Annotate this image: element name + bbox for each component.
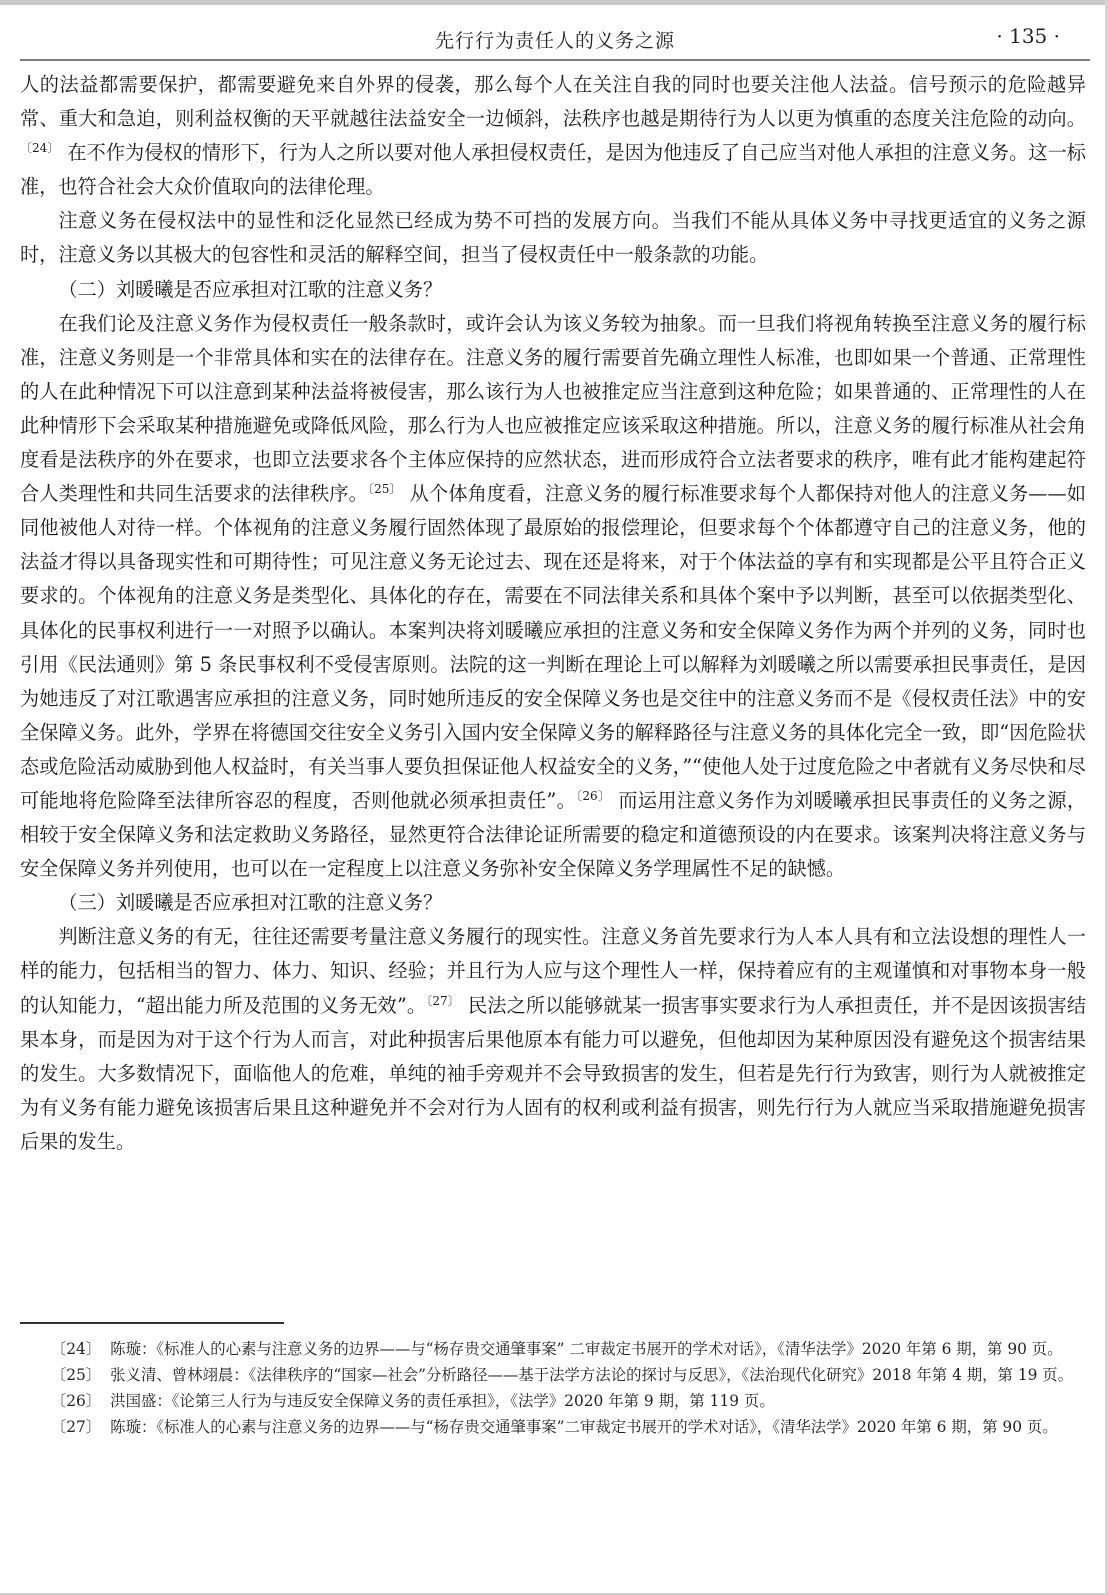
footnote-27: 〔27〕陈璇：《标准人的心素与注意义务的边界——与“杨存贵交通肇事案”二审裁定书… xyxy=(20,1414,1086,1440)
footnote-25: 〔25〕张义清、曾林翊晨：《法律秩序的“国家—社会”分析路径——基于法学方法论的… xyxy=(20,1362,1086,1388)
footnote-ref-24[interactable]: 〔24〕 xyxy=(20,141,59,155)
section-subheading-3: （三）刘暖曦是否应承担对江歌的注意义务？ xyxy=(20,886,1086,920)
paragraph-text: 从个体角度看，注意义务的履行标准要求每个人都保持对他人的注意义务——如同他被他人… xyxy=(20,482,1086,812)
running-header: 先行行为责任人的义务之源 · 135 · xyxy=(20,22,1090,58)
paragraph: 在我们论及注意义务作为侵权责任一般条款时，或许会认为该义务较为抽象。而一旦我们将… xyxy=(20,307,1086,887)
paragraph-text: 在不作为侵权的情形下，行为人之所以要对他人承担侵权责任，是因为他违反了自己应当对… xyxy=(20,141,1086,198)
paragraph-text: 在我们论及注意义务作为侵权责任一般条款时，或许会认为该义务较为抽象。而一旦我们将… xyxy=(20,312,1086,505)
footnote-ref-25[interactable]: 〔25〕 xyxy=(368,482,402,496)
footnotes: 〔24〕陈璇：《标准人的心素与注意义务的边界——与“杨存贵交通肇事案” 二审裁定… xyxy=(20,1336,1086,1440)
footnote-mark: 〔27〕 xyxy=(51,1418,101,1436)
page-number: · 135 · xyxy=(996,24,1060,48)
footnote-mark: 〔25〕 xyxy=(51,1366,101,1384)
main-body-text: 人的法益都需要保护，都需要避免来自外界的侵袭，那么每个人在关注自我的同时也要关注… xyxy=(20,68,1086,1159)
footnote-mark: 〔26〕 xyxy=(51,1392,101,1410)
footnote-26: 〔26〕洪国盛：《论第三人行为与违反安全保障义务的责任承担》，《法学》2020 … xyxy=(20,1388,1086,1414)
footnote-text: 陈璇：《标准人的心素与注意义务的边界——与“杨存贵交通肇事案” 二审裁定书展开的… xyxy=(110,1340,1062,1358)
footnote-text: 陈璇：《标准人的心素与注意义务的边界——与“杨存贵交通肇事案”二审裁定书展开的学… xyxy=(110,1418,1058,1436)
paragraph: 判断注意义务的有无，往往还需要考量注意义务履行的现实性。注意义务首先要求行为人本… xyxy=(20,920,1086,1159)
footnote-text: 张义清、曾林翊晨：《法律秩序的“国家—社会”分析路径——基于法学方法论的探讨与反… xyxy=(110,1366,1073,1384)
paragraph-text: 民法之所以能够就某一损害事实要求行为人承担责任，并不是因该损害结果本身，而是因为… xyxy=(20,994,1086,1153)
footnote-mark: 〔24〕 xyxy=(51,1340,101,1358)
footnote-24: 〔24〕陈璇：《标准人的心素与注意义务的边界——与“杨存贵交通肇事案” 二审裁定… xyxy=(20,1336,1086,1362)
running-title: 先行行为责任人的义务之源 xyxy=(20,26,1090,53)
section-subheading-2: （二）刘暖曦是否应承担对江歌的注意义务？ xyxy=(20,273,1086,307)
paragraph-continuation: 人的法益都需要保护，都需要避免来自外界的侵袭，那么每个人在关注自我的同时也要关注… xyxy=(20,68,1086,204)
paragraph-text: 人的法益都需要保护，都需要避免来自外界的侵袭，那么每个人在关注自我的同时也要关注… xyxy=(20,73,1086,130)
header-rule xyxy=(20,59,1090,61)
viewer-top-bar xyxy=(0,0,1108,5)
footnote-text: 洪国盛：《论第三人行为与违反安全保障义务的责任承担》，《法学》2020 年第 9… xyxy=(110,1392,775,1410)
footnote-separator xyxy=(20,1322,284,1324)
paragraph: 注意义务在侵权法中的显性和泛化显然已经成为势不可挡的发展方向。当我们不能从具体义… xyxy=(20,204,1086,272)
footnote-ref-27[interactable]: 〔27〕 xyxy=(426,994,460,1008)
footnote-ref-26[interactable]: 〔26〕 xyxy=(576,789,610,803)
